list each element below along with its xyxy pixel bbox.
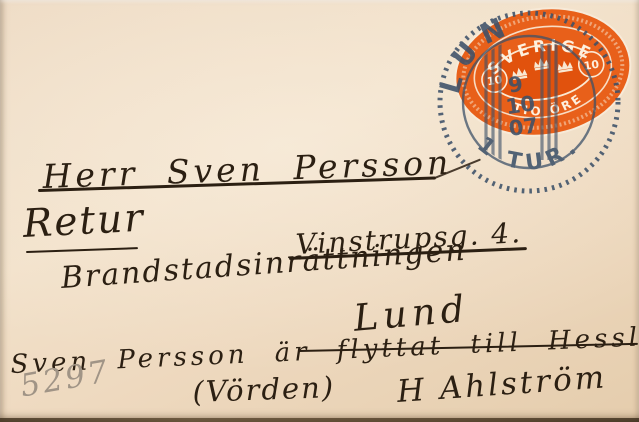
institution-line: Brandstadsinrättningen xyxy=(60,236,468,294)
photo-scene: 10 10 SVERIGE TIO ÖRE xyxy=(0,0,639,422)
postmark-route: 1 TUR. xyxy=(472,132,585,176)
signature: H Ahlström xyxy=(396,362,608,408)
retur-label: Retur xyxy=(22,199,146,244)
svg-text:1 TUR.: 1 TUR. xyxy=(472,132,585,176)
respect-note: (Vörden) xyxy=(192,373,336,407)
underline-retur xyxy=(26,247,138,253)
recipient-line: Herr Sven Persson xyxy=(42,146,453,193)
svg-text:LUND: LUND xyxy=(430,4,518,97)
postmark-date-year: 07 xyxy=(507,113,539,141)
envelope: 10 10 SVERIGE TIO ÖRE xyxy=(0,0,639,422)
postmark-town: LUND xyxy=(430,4,518,97)
